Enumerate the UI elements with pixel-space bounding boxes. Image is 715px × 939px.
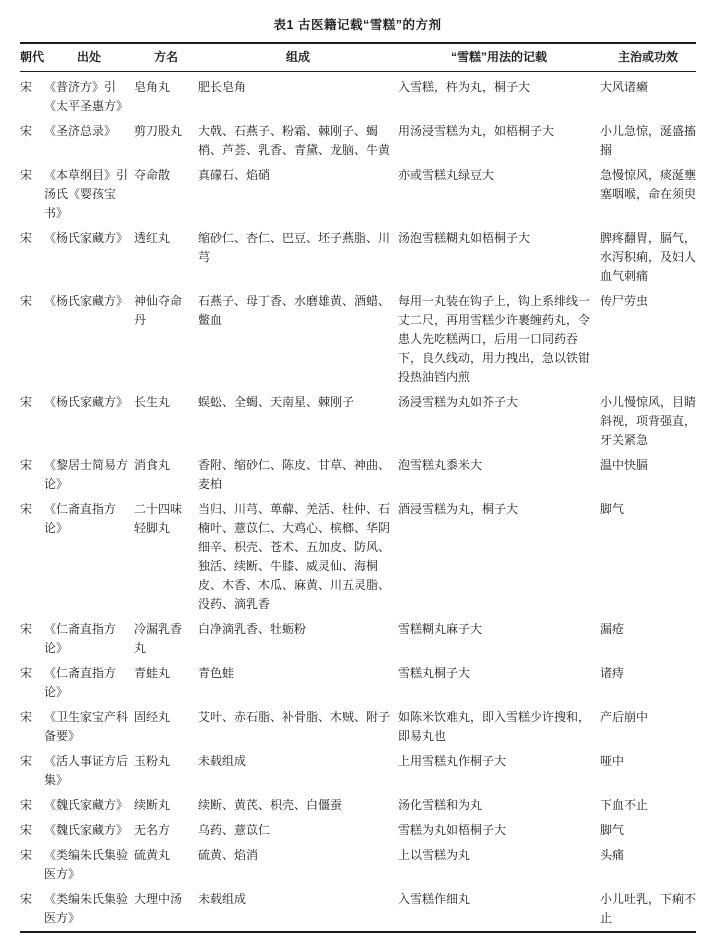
cell-formula-name: 青蛙丸	[134, 661, 198, 705]
table-row: 宋 《杨氏家藏方》 神仙夺命丹 石燕子、母丁香、水磨雄黄、酒蜡、鳖血 每用一丸装…	[20, 289, 696, 390]
cell-composition: 缩砂仁、杏仁、巴豆、坯子燕脂、川芎	[198, 226, 398, 289]
col-header-composition: 组成	[198, 43, 398, 72]
cell-dynasty: 宋	[20, 119, 44, 163]
cell-composition: 肥长皂角	[198, 72, 398, 120]
cell-usage-record: 泡雪糕丸黍米大	[398, 453, 600, 497]
cell-usage-record: 亦或雪糕丸绿豆大	[398, 163, 600, 226]
table-row: 宋 《类编朱氏集验医方》 大理中汤 未载组成 入雪糕作细丸 小儿吐乳，下痢不止	[20, 887, 696, 932]
table-body: 宋 《普济方》引《太平圣惠方》 皂角丸 肥长皂角 入雪糕，杵为丸，桐子大 大风诸…	[20, 72, 696, 933]
cell-source: 《普济方》引《太平圣惠方》	[44, 72, 134, 120]
cell-dynasty: 宋	[20, 661, 44, 705]
cell-formula-name: 冷漏乳香丸	[134, 617, 198, 661]
cell-composition: 真礞石、焰硝	[198, 163, 398, 226]
cell-source: 《黎居士简易方论》	[44, 453, 134, 497]
col-header-formula: 方名	[134, 43, 198, 72]
cell-composition: 续断、黄芪、枳壳、白僵蚕	[198, 793, 398, 818]
cell-usage-record: 酒浸雪糕为丸，桐子大	[398, 497, 600, 617]
cell-source: 《类编朱氏集验医方》	[44, 887, 134, 932]
cell-formula-name: 长生丸	[134, 390, 198, 453]
cell-composition: 石燕子、母丁香、水磨雄黄、酒蜡、鳖血	[198, 289, 398, 390]
cell-usage-record: 入雪糕，杵为丸，桐子大	[398, 72, 600, 120]
cell-formula-name: 消食丸	[134, 453, 198, 497]
table-row: 宋 《魏氏家藏方》 续断丸 续断、黄芪、枳壳、白僵蚕 汤化雪糕和为丸 下血不止	[20, 793, 696, 818]
table-title: 表1 古医籍记载“雪糕”的方剂	[0, 15, 715, 33]
cell-composition: 艾叶、赤石脂、补骨脂、木贼、附子	[198, 705, 398, 749]
cell-indication: 哑中	[600, 749, 696, 793]
table-row: 宋 《普济方》引《太平圣惠方》 皂角丸 肥长皂角 入雪糕，杵为丸，桐子大 大风诸…	[20, 72, 696, 120]
cell-formula-name: 续断丸	[134, 793, 198, 818]
cell-source: 《魏氏家藏方》	[44, 818, 134, 843]
cell-indication: 小儿慢惊风，目睛斜视，项背强直，牙关紧急	[600, 390, 696, 453]
cell-indication: 脾疼翻胃，膈气，水泻积痢，及妇人血气刺痛	[600, 226, 696, 289]
cell-indication: 传尸劳虫	[600, 289, 696, 390]
cell-indication: 诸痔	[600, 661, 696, 705]
table-row: 宋 《杨氏家藏方》 透红丸 缩砂仁、杏仁、巴豆、坯子燕脂、川芎 汤泡雪糕糊丸如梧…	[20, 226, 696, 289]
cell-source: 《本草纲目》引汤氏《婴孩宝书》	[44, 163, 134, 226]
table-row: 宋 《活人事证方后集》 玉粉丸 未载组成 上用雪糕丸作桐子大 哑中	[20, 749, 696, 793]
table-row: 宋 《魏氏家藏方》 无名方 乌药、薏苡仁 雪糕为丸如梧桐子大 脚气	[20, 818, 696, 843]
cell-indication: 急慢惊风，痰涎壅塞咽喉，命在须臾	[600, 163, 696, 226]
cell-indication: 脚气	[600, 497, 696, 617]
cell-usage-record: 汤化雪糕和为丸	[398, 793, 600, 818]
table-row: 宋 《杨氏家藏方》 长生丸 蜈蚣、全蝎、天南星、棘刚子 汤浸雪糕为丸如芥子大 小…	[20, 390, 696, 453]
cell-source: 《类编朱氏集验医方》	[44, 843, 134, 887]
cell-usage-record: 如陈米饮难丸，即入雪糕少许搜和，即易丸也	[398, 705, 600, 749]
cell-indication: 小儿急惊，涎盛搐搦	[600, 119, 696, 163]
col-header-indication: 主治或功效	[600, 43, 696, 72]
cell-indication: 大风诸癞	[600, 72, 696, 120]
cell-source: 《杨氏家藏方》	[44, 289, 134, 390]
cell-formula-name: 硫黄丸	[134, 843, 198, 887]
cell-dynasty: 宋	[20, 705, 44, 749]
formula-table: 朝代 出处 方名 组成 “雪糕”用法的记载 主治或功效 宋 《普济方》引《太平圣…	[20, 42, 696, 933]
cell-dynasty: 宋	[20, 887, 44, 932]
cell-dynasty: 宋	[20, 390, 44, 453]
cell-dynasty: 宋	[20, 453, 44, 497]
cell-composition: 硫黄、焰消	[198, 843, 398, 887]
table-row: 宋 《黎居士简易方论》 消食丸 香附、缩砂仁、陈皮、甘草、神曲、麦柏 泡雪糕丸黍…	[20, 453, 696, 497]
cell-usage-record: 汤浸雪糕为丸如芥子大	[398, 390, 600, 453]
cell-indication: 温中快膈	[600, 453, 696, 497]
cell-dynasty: 宋	[20, 617, 44, 661]
cell-dynasty: 宋	[20, 497, 44, 617]
cell-indication: 产后崩中	[600, 705, 696, 749]
cell-dynasty: 宋	[20, 163, 44, 226]
cell-dynasty: 宋	[20, 818, 44, 843]
cell-dynasty: 宋	[20, 843, 44, 887]
cell-dynasty: 宋	[20, 72, 44, 120]
cell-source: 《杨氏家藏方》	[44, 390, 134, 453]
cell-usage-record: 上用雪糕丸作桐子大	[398, 749, 600, 793]
cell-source: 《活人事证方后集》	[44, 749, 134, 793]
table-row: 宋 《仁斋直指方论》 二十四味轻脚丸 当归、川芎、萆薢、羌活、杜仲、石楠叶、薏苡…	[20, 497, 696, 617]
cell-usage-record: 雪糕为丸如梧桐子大	[398, 818, 600, 843]
cell-usage-record: 雪糕丸桐子大	[398, 661, 600, 705]
cell-formula-name: 皂角丸	[134, 72, 198, 120]
cell-dynasty: 宋	[20, 226, 44, 289]
cell-formula-name: 剪刀股丸	[134, 119, 198, 163]
cell-composition: 白净滴乳香、牡蛎粉	[198, 617, 398, 661]
cell-source: 《魏氏家藏方》	[44, 793, 134, 818]
col-header-dynasty: 朝代	[20, 43, 44, 72]
table-row: 宋 《仁斋直指方论》 冷漏乳香丸 白净滴乳香、牡蛎粉 雪糕糊丸麻子大 漏疮	[20, 617, 696, 661]
cell-usage-record: 雪糕糊丸麻子大	[398, 617, 600, 661]
cell-dynasty: 宋	[20, 749, 44, 793]
cell-dynasty: 宋	[20, 289, 44, 390]
table-row: 宋 《类编朱氏集验医方》 硫黄丸 硫黄、焰消 上以雪糕为丸 头痛	[20, 843, 696, 887]
cell-composition: 香附、缩砂仁、陈皮、甘草、神曲、麦柏	[198, 453, 398, 497]
cell-indication: 脚气	[600, 818, 696, 843]
cell-source: 《仁斋直指方论》	[44, 661, 134, 705]
cell-formula-name: 无名方	[134, 818, 198, 843]
cell-indication: 小儿吐乳，下痢不止	[600, 887, 696, 932]
cell-composition: 蜈蚣、全蝎、天南星、棘刚子	[198, 390, 398, 453]
cell-indication: 漏疮	[600, 617, 696, 661]
table-header: 朝代 出处 方名 组成 “雪糕”用法的记载 主治或功效	[20, 43, 696, 72]
header-row: 朝代 出处 方名 组成 “雪糕”用法的记载 主治或功效	[20, 43, 696, 72]
col-header-source: 出处	[44, 43, 134, 72]
cell-composition: 大戟、石燕子、粉霜、棘刚子、蝎梢、芦荟、乳香、青黛、龙脑、牛黄	[198, 119, 398, 163]
cell-formula-name: 二十四味轻脚丸	[134, 497, 198, 617]
table-row: 宋 《卫生家宝产科备要》 固经丸 艾叶、赤石脂、补骨脂、木贼、附子 如陈米饮难丸…	[20, 705, 696, 749]
col-header-usage: “雪糕”用法的记载	[398, 43, 600, 72]
cell-usage-record: 入雪糕作细丸	[398, 887, 600, 932]
cell-formula-name: 神仙夺命丹	[134, 289, 198, 390]
cell-indication: 头痛	[600, 843, 696, 887]
cell-formula-name: 大理中汤	[134, 887, 198, 932]
cell-formula-name: 玉粉丸	[134, 749, 198, 793]
cell-source: 《圣济总录》	[44, 119, 134, 163]
table-row: 宋 《仁斋直指方论》 青蛙丸 青色蛙 雪糕丸桐子大 诸痔	[20, 661, 696, 705]
cell-usage-record: 每用一丸装在钩子上，钩上系绯线一丈二尺，再用雪糕少许裹缠药丸，令患人先吃糕两口，…	[398, 289, 600, 390]
cell-source: 《仁斋直指方论》	[44, 497, 134, 617]
cell-formula-name: 固经丸	[134, 705, 198, 749]
cell-source: 《卫生家宝产科备要》	[44, 705, 134, 749]
cell-composition: 未载组成	[198, 887, 398, 932]
cell-dynasty: 宋	[20, 793, 44, 818]
cell-usage-record: 汤泡雪糕糊丸如梧桐子大	[398, 226, 600, 289]
cell-composition: 未载组成	[198, 749, 398, 793]
cell-usage-record: 上以雪糕为丸	[398, 843, 600, 887]
cell-indication: 下血不止	[600, 793, 696, 818]
cell-composition: 乌药、薏苡仁	[198, 818, 398, 843]
cell-composition: 青色蛙	[198, 661, 398, 705]
cell-formula-name: 夺命散	[134, 163, 198, 226]
cell-source: 《杨氏家藏方》	[44, 226, 134, 289]
cell-composition: 当归、川芎、萆薢、羌活、杜仲、石楠叶、薏苡仁、大鸡心、槟榔、华阴细辛、枳壳、苍术…	[198, 497, 398, 617]
page: 表1 古医籍记载“雪糕”的方剂 朝代 出处 方名 组成 “雪糕”用法的记载 主治…	[0, 0, 715, 939]
cell-source: 《仁斋直指方论》	[44, 617, 134, 661]
cell-usage-record: 用汤浸雪糕为丸，如梧桐子大	[398, 119, 600, 163]
table-row: 宋 《圣济总录》 剪刀股丸 大戟、石燕子、粉霜、棘刚子、蝎梢、芦荟、乳香、青黛、…	[20, 119, 696, 163]
cell-formula-name: 透红丸	[134, 226, 198, 289]
table-row: 宋 《本草纲目》引汤氏《婴孩宝书》 夺命散 真礞石、焰硝 亦或雪糕丸绿豆大 急慢…	[20, 163, 696, 226]
